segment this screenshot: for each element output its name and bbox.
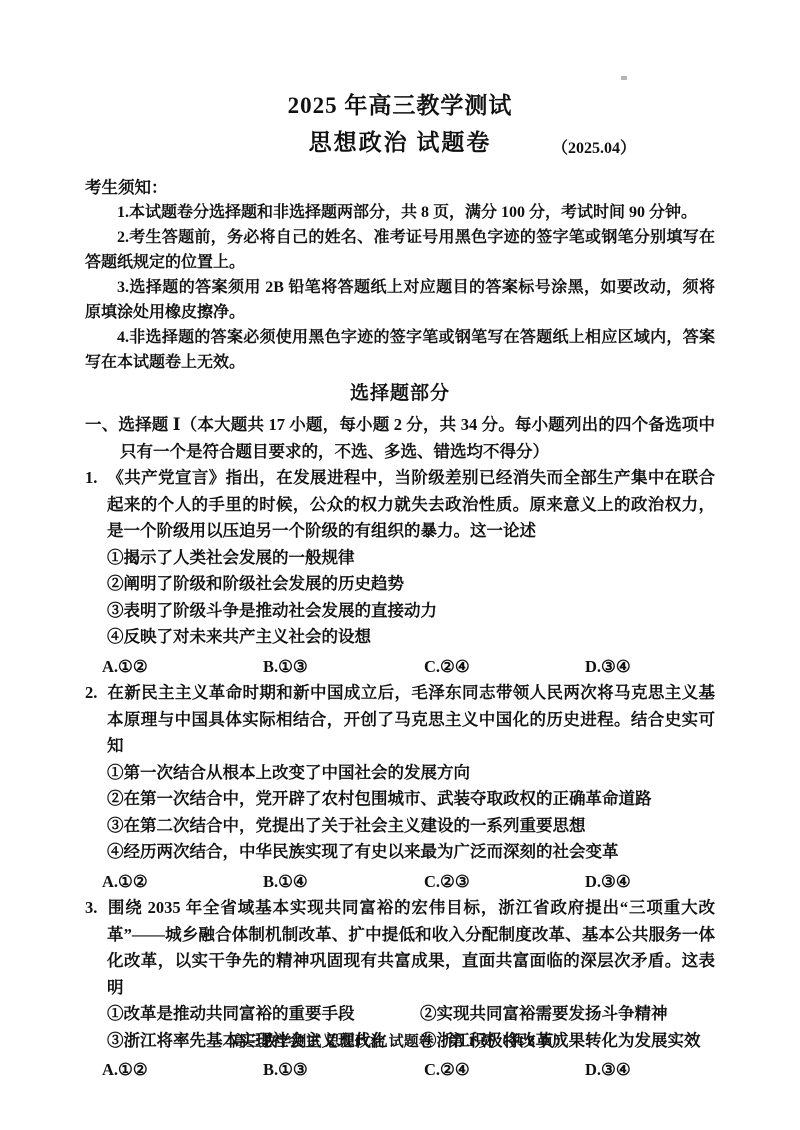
statement-item: ④反映了对未来共产主义社会的设想 xyxy=(85,624,715,651)
option-c: C.②④ xyxy=(424,1057,585,1084)
statement-item: ②阐明了阶级和阶级社会发展的历史趋势 xyxy=(85,571,715,598)
option-b: B.①③ xyxy=(263,654,424,681)
statement-item: ③在第二次结合中，党提出了关于社会主义建设的一系列重要思想 xyxy=(85,813,715,840)
notice-heading: 考生须知： xyxy=(85,175,715,200)
option-b: B.①③ xyxy=(263,1057,424,1084)
scan-artifact-dot xyxy=(621,76,627,80)
statement-item: ②在第一次结合中，党开辟了农村包围城市、武装夺取政权的正确革命道路 xyxy=(85,786,715,813)
exam-paper-page: 2025 年高三教学测试 思想政治 试题卷 （2025.04） 考生须知： 1.… xyxy=(0,0,800,1130)
exam-subject-title: 思想政治 试题卷 xyxy=(309,130,492,155)
statement-item: ①改革是推动共同富裕的重要手段 xyxy=(107,1001,420,1028)
option-d: D.③④ xyxy=(585,654,631,681)
option-a: A.①② xyxy=(102,869,263,896)
question-stem: 2.在新民主主义革命时期和新中国成立后，毛泽东同志带领人民两次将马克思主义基本原… xyxy=(85,680,715,760)
exam-date: （2025.04） xyxy=(552,134,636,164)
question-2: 2.在新民主主义革命时期和新中国成立后，毛泽东同志带领人民两次将马克思主义基本原… xyxy=(85,680,715,895)
question-number: 1. xyxy=(85,465,103,492)
option-c: C.②③ xyxy=(424,869,585,896)
option-d: D.③④ xyxy=(585,1057,631,1084)
page-footer: 高三教学测试 思想政治 试题卷 第 1 页（共 8 页） xyxy=(0,1031,800,1053)
question-stem-text: 在新民主主义革命时期和新中国成立后，毛泽东同志带领人民两次将马克思主义基本原理与… xyxy=(107,683,715,755)
option-a: A.①② xyxy=(102,1057,263,1084)
statement-item: ①第一次结合从根本上改变了中国社会的发展方向 xyxy=(85,760,715,787)
statement-item: ①揭示了人类社会发展的一般规律 xyxy=(85,545,715,572)
option-a: A.①② xyxy=(102,654,263,681)
exam-subtitle-row: 思想政治 试题卷 （2025.04） xyxy=(85,128,715,161)
question-number: 3. xyxy=(85,895,103,922)
notice-item: 2.考生答题前，务必将自己的姓名、准考证号用黑色字迹的签字笔或钢笔分别填写在答题… xyxy=(85,225,715,275)
notice-item: 3.选择题的答案须用 2B 铅笔将答题纸上对应题目的答案标号涂黑，如要改动，须将… xyxy=(85,275,715,325)
options-row: A.①② B.①③ C.②④ D.③④ xyxy=(85,654,715,681)
question-stem: 1.《共产党宣言》指出，在发展进程中，当阶级差别已经消失而全部生产集中在联合起来… xyxy=(85,465,715,545)
notice-list: 1.本试题卷分选择题和非选择题两部分，共 8 页，满分 100 分，考试时间 9… xyxy=(85,200,715,375)
section-heading: 一、选择题 Ⅰ（本大题共 17 小题，每小题 2 分，共 34 分。每小题列出的… xyxy=(85,412,715,465)
question-stem: 3.围绕 2035 年全省域基本实现共同富裕的宏伟目标，浙江省政府提出“三项重大… xyxy=(85,895,715,1001)
statement-item: ②实现共同富裕需要发扬斗争精神 xyxy=(420,1001,715,1028)
exam-title: 2025 年高三教学测试 xyxy=(85,0,715,121)
question-stem-text: 《共产党宣言》指出，在发展进程中，当阶级差别已经消失而全部生产集中在联合起来的个… xyxy=(107,468,715,540)
option-d: D.③④ xyxy=(585,869,631,896)
question-stem-text: 围绕 2035 年全省域基本实现共同富裕的宏伟目标，浙江省政府提出“三项重大改革… xyxy=(107,898,715,997)
options-row: A.①② B.①④ C.②③ D.③④ xyxy=(85,869,715,896)
notice-item: 4.非选择题的答案必须使用黑色字迹的签字笔或钢笔写在答题纸上相应区域内，答案写在… xyxy=(85,325,715,375)
options-row: A.①② B.①③ C.②④ D.③④ xyxy=(85,1057,715,1084)
option-c: C.②④ xyxy=(424,654,585,681)
statement-item: ④经历两次结合，中华民族实现了有史以来最为广泛而深刻的社会变革 xyxy=(85,839,715,866)
question-3: 3.围绕 2035 年全省域基本实现共同富裕的宏伟目标，浙江省政府提出“三项重大… xyxy=(85,895,715,1084)
question-number: 2. xyxy=(85,680,103,707)
option-b: B.①④ xyxy=(263,869,424,896)
statement-item: ③表明了阶级斗争是推动社会发展的直接动力 xyxy=(85,598,715,625)
part-title: 选择题部分 xyxy=(85,380,715,408)
question-1: 1.《共产党宣言》指出，在发展进程中，当阶级差别已经消失而全部生产集中在联合起来… xyxy=(85,465,715,680)
notice-item: 1.本试题卷分选择题和非选择题两部分，共 8 页，满分 100 分，考试时间 9… xyxy=(85,200,715,225)
